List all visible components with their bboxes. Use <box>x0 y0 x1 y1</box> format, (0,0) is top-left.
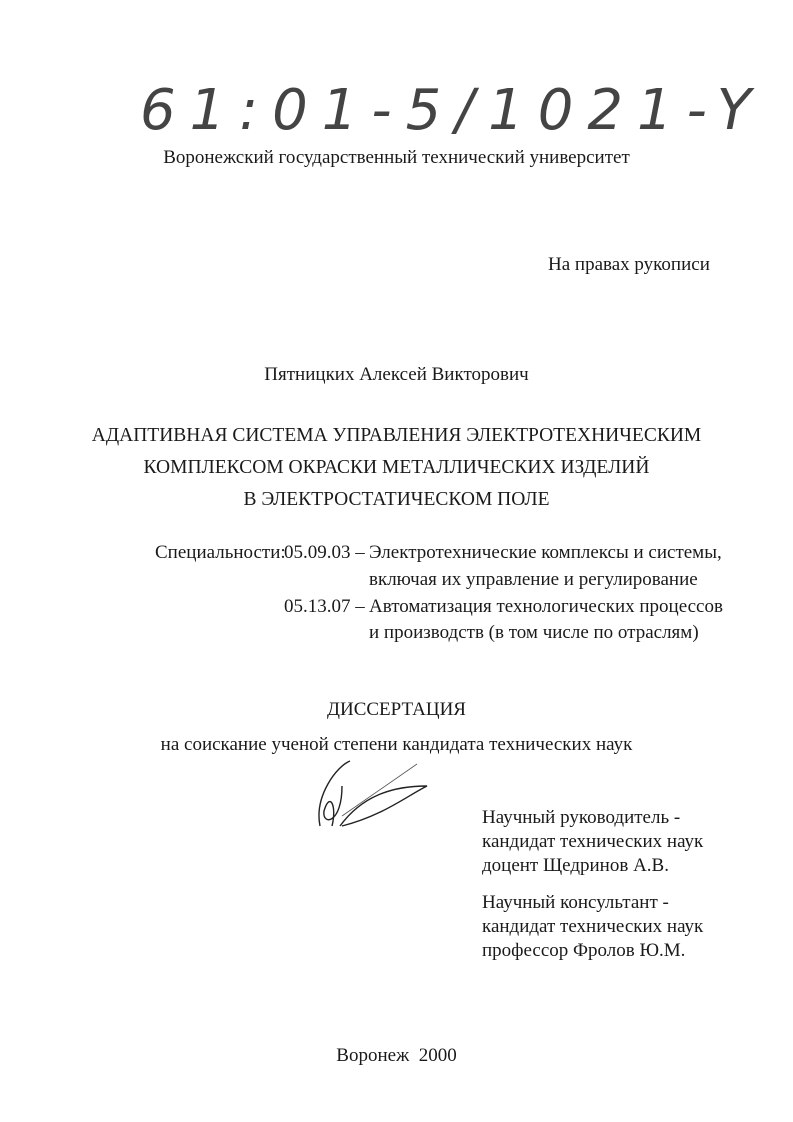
specialty-name-2a: Автоматизация технологических процессов <box>369 596 723 618</box>
author-name: Пятницких Алексей Викторович <box>0 364 793 386</box>
supervisor-role: Научный руководитель - <box>482 807 680 829</box>
specialty-name-1b: включая их управление и регулирование <box>369 569 698 591</box>
university-name: Воронежский государственный технический … <box>0 147 793 169</box>
title-line-2: КОМПЛЕКСОМ ОКРАСКИ МЕТАЛЛИЧЕСКИХ ИЗДЕЛИЙ <box>0 457 793 479</box>
specialty-code-2: 05.13.07 – <box>284 596 365 618</box>
supervisor-name: доцент Щедринов А.В. <box>482 855 669 877</box>
specialty-code-1: 05.09.03 – <box>284 542 365 564</box>
specialty-name-2b: и производств (в том числе по отраслям) <box>369 622 699 644</box>
title-line-3: В ЭЛЕКТРОСТАТИЧЕСКОМ ПОЛЕ <box>0 489 793 511</box>
title-line-1: АДАПТИВНАЯ СИСТЕМА УПРАВЛЕНИЯ ЭЛЕКТРОТЕХ… <box>0 425 793 447</box>
consultant-role: Научный консультант - <box>482 892 669 914</box>
city-year: Воронеж 2000 <box>0 1045 793 1067</box>
archive-stamp: 61:01-5/1021-Y <box>140 78 765 143</box>
signature-icon <box>312 756 432 836</box>
consultant-name: профессор Фролов Ю.М. <box>482 940 685 962</box>
rights-note: На правах рукописи <box>548 254 710 276</box>
specialty-name-1a: Электротехнические комплексы и системы, <box>369 542 722 564</box>
degree-line: на соискание ученой степени кандидата те… <box>0 734 793 756</box>
specialties-label: Специальности: <box>155 542 286 564</box>
consultant-degree: кандидат технических наук <box>482 916 703 938</box>
document-type: ДИССЕРТАЦИЯ <box>0 699 793 721</box>
supervisor-degree: кандидат технических наук <box>482 831 703 853</box>
